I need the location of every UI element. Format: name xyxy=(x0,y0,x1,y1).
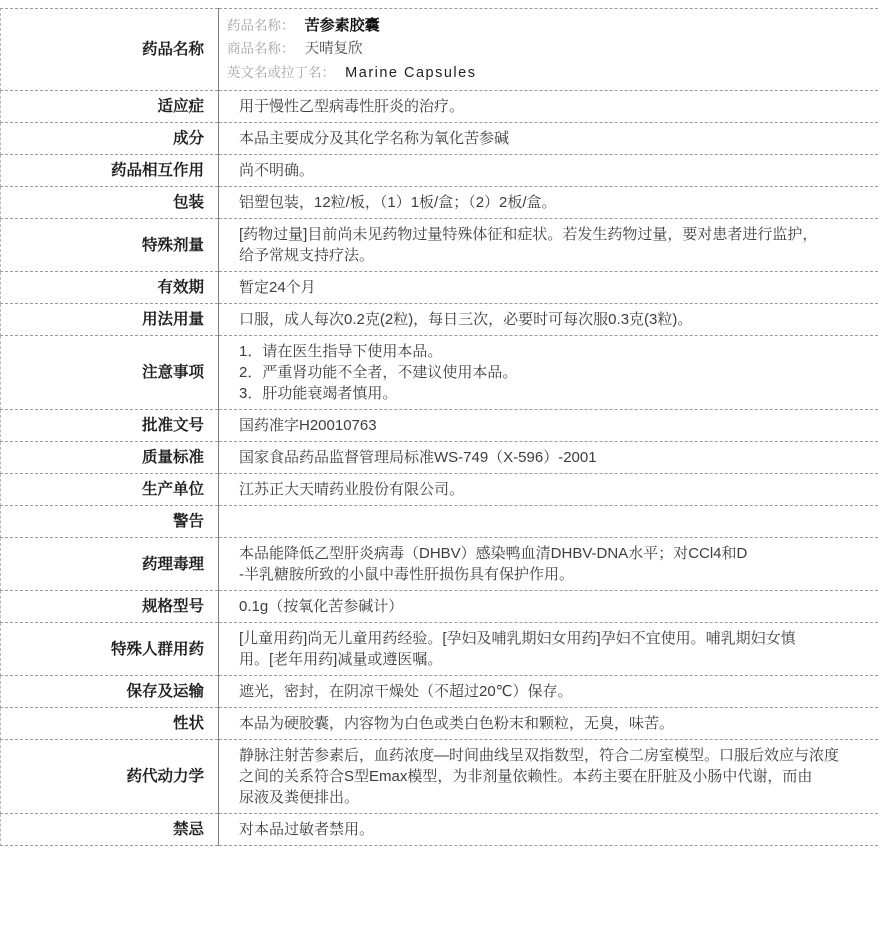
drug-info-page: 药品名称 药品名称： 苦参素胶囊 商品名称： 天晴复欣 英文名或拉丁名： Mar… xyxy=(0,0,880,950)
row-value-pharmacokinetics: 静脉注射苦参素后，血药浓度—时间曲线呈双指数型，符合二房室模型。口服后效应与浓度… xyxy=(219,740,879,814)
row-label-indications: 适应症 xyxy=(1,91,219,123)
row-value-description: 本品为硬胶囊，内容物为白色或类白色粉末和颗粒，无臭，味苦。 xyxy=(219,708,879,740)
row-value-specification: 0.1g（按氧化苦参碱计） xyxy=(219,591,879,623)
table-row-pharmacology-toxicology: 药理毒理 本品能降低乙型肝炎病毒（DHBV）感染鸭血清DHBV-DNA水平；对C… xyxy=(1,538,879,591)
row-value-pharmacology-toxicology: 本品能降低乙型肝炎病毒（DHBV）感染鸭血清DHBV-DNA水平；对CCl4和D… xyxy=(219,538,879,591)
trade-name-label: 商品名称： xyxy=(227,41,295,56)
row-label-contraindications: 禁忌 xyxy=(1,814,219,846)
table-row-storage-transport: 保存及运输 遮光，密封，在阴凉干燥处（不超过20℃）保存。 xyxy=(1,676,879,708)
row-label-specification: 规格型号 xyxy=(1,591,219,623)
row-value-quality-standard: 国家食品药品监督管理局标准WS-749（X-596）-2001 xyxy=(219,442,879,474)
table-row-shelf-life: 有效期 暂定24个月 xyxy=(1,272,879,304)
row-value-drug-interactions: 尚不明确。 xyxy=(219,155,879,187)
english-name-line: 英文名或拉丁名： Marine Capsules xyxy=(227,61,866,85)
row-value-special-populations: [儿童用药]尚无儿童用药经验。[孕妇及哺乳期妇女用药]孕妇不宜使用。哺乳期妇女慎… xyxy=(219,623,879,676)
row-value-ingredients: 本品主要成分及其化学名称为氧化苦参碱 xyxy=(219,123,879,155)
row-value-contraindications: 对本品过敏者禁用。 xyxy=(219,814,879,846)
row-label-ingredients: 成分 xyxy=(1,123,219,155)
table-row-specification: 规格型号 0.1g（按氧化苦参碱计） xyxy=(1,591,879,623)
row-label-dosage-usage: 用法用量 xyxy=(1,304,219,336)
row-label-description: 性状 xyxy=(1,708,219,740)
table-row-description: 性状 本品为硬胶囊，内容物为白色或类白色粉末和颗粒，无臭，味苦。 xyxy=(1,708,879,740)
table-row-dosage-usage: 用法用量 口服，成人每次0.2克(2粒)，每日三次，必要时可每次服0.3克(3粒… xyxy=(1,304,879,336)
row-label-drug-name: 药品名称 xyxy=(1,9,219,91)
english-name-label: 英文名或拉丁名： xyxy=(227,65,335,80)
table-row-manufacturer: 生产单位 江苏正大天晴药业股份有限公司。 xyxy=(1,474,879,506)
table-row-special-dosage: 特殊剂量 [药物过量]目前尚未见药物过量特殊体征和症状。若发生药物过量，要对患者… xyxy=(1,219,879,272)
row-label-shelf-life: 有效期 xyxy=(1,272,219,304)
drug-info-table: 药品名称 药品名称： 苦参素胶囊 商品名称： 天晴复欣 英文名或拉丁名： Mar… xyxy=(0,8,878,846)
row-value-indications: 用于慢性乙型病毒性肝炎的治疗。 xyxy=(219,91,879,123)
row-label-packaging: 包装 xyxy=(1,187,219,219)
table-row-indications: 适应症 用于慢性乙型病毒性肝炎的治疗。 xyxy=(1,91,879,123)
table-row-ingredients: 成分 本品主要成分及其化学名称为氧化苦参碱 xyxy=(1,123,879,155)
row-label-storage-transport: 保存及运输 xyxy=(1,676,219,708)
row-label-special-dosage: 特殊剂量 xyxy=(1,219,219,272)
generic-name-line: 药品名称： 苦参素胶囊 xyxy=(227,14,866,37)
row-label-precautions: 注意事项 xyxy=(1,336,219,410)
table-row-drug-interactions: 药品相互作用 尚不明确。 xyxy=(1,155,879,187)
row-value-precautions: 1．请在医生指导下使用本品。 2．严重肾功能不全者，不建议使用本品。 3．肝功能… xyxy=(219,336,879,410)
row-value-warning xyxy=(219,506,879,538)
row-value-shelf-life: 暂定24个月 xyxy=(219,272,879,304)
row-value-dosage-usage: 口服，成人每次0.2克(2粒)，每日三次，必要时可每次服0.3克(3粒)。 xyxy=(219,304,879,336)
table-row-quality-standard: 质量标准 国家食品药品监督管理局标准WS-749（X-596）-2001 xyxy=(1,442,879,474)
table-row-precautions: 注意事项 1．请在医生指导下使用本品。 2．严重肾功能不全者，不建议使用本品。 … xyxy=(1,336,879,410)
row-value-packaging: 铝塑包装，12粒/板，（1）1板/盒；（2）2板/盒。 xyxy=(219,187,879,219)
generic-name-value: 苦参素胶囊 xyxy=(305,17,380,34)
row-value-storage-transport: 遮光，密封，在阴凉干燥处（不超过20℃）保存。 xyxy=(219,676,879,708)
table-row-special-populations: 特殊人群用药 [儿童用药]尚无儿童用药经验。[孕妇及哺乳期妇女用药]孕妇不宜使用… xyxy=(1,623,879,676)
row-label-pharmacokinetics: 药代动力学 xyxy=(1,740,219,814)
row-label-manufacturer: 生产单位 xyxy=(1,474,219,506)
generic-name-label: 药品名称： xyxy=(227,18,295,33)
table-row-packaging: 包装 铝塑包装，12粒/板，（1）1板/盒；（2）2板/盒。 xyxy=(1,187,879,219)
row-value-drug-name: 药品名称： 苦参素胶囊 商品名称： 天晴复欣 英文名或拉丁名： Marine C… xyxy=(219,9,879,91)
table-row-approval-number: 批准文号 国药准字H20010763 xyxy=(1,410,879,442)
row-value-approval-number: 国药准字H20010763 xyxy=(219,410,879,442)
row-label-approval-number: 批准文号 xyxy=(1,410,219,442)
english-name-value: Marine Capsules xyxy=(345,65,476,81)
row-label-warning: 警告 xyxy=(1,506,219,538)
row-value-special-dosage: [药物过量]目前尚未见药物过量特殊体征和症状。若发生药物过量，要对患者进行监护，… xyxy=(219,219,879,272)
table-row-contraindications: 禁忌 对本品过敏者禁用。 xyxy=(1,814,879,846)
row-value-manufacturer: 江苏正大天晴药业股份有限公司。 xyxy=(219,474,879,506)
row-label-special-populations: 特殊人群用药 xyxy=(1,623,219,676)
row-label-quality-standard: 质量标准 xyxy=(1,442,219,474)
table-row-warning: 警告 xyxy=(1,506,879,538)
table-row-pharmacokinetics: 药代动力学 静脉注射苦参素后，血药浓度—时间曲线呈双指数型，符合二房室模型。口服… xyxy=(1,740,879,814)
row-label-pharmacology-toxicology: 药理毒理 xyxy=(1,538,219,591)
trade-name-line: 商品名称： 天晴复欣 xyxy=(227,37,866,61)
table-row-drug-name: 药品名称 药品名称： 苦参素胶囊 商品名称： 天晴复欣 英文名或拉丁名： Mar… xyxy=(1,9,879,91)
trade-name-value: 天晴复欣 xyxy=(305,41,363,57)
row-label-drug-interactions: 药品相互作用 xyxy=(1,155,219,187)
